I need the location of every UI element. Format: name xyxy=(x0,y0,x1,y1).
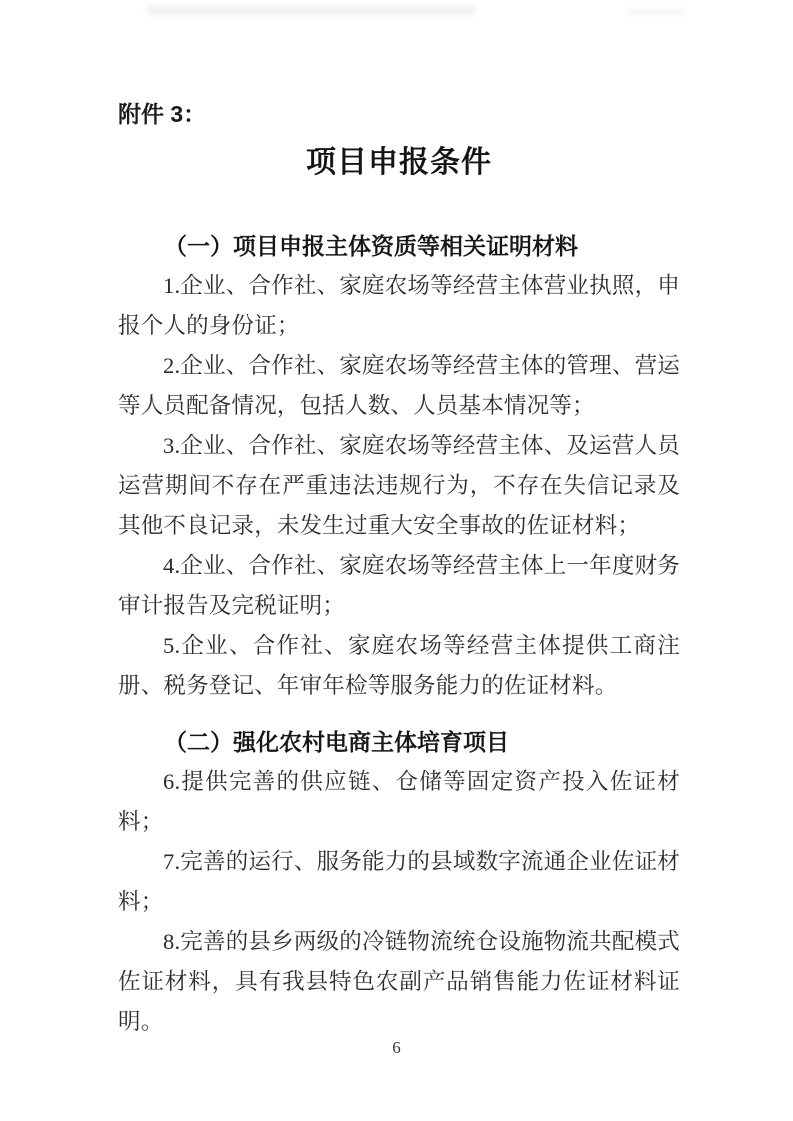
document-page: 附件 3： 项目申报条件 （一）项目申报主体资质等相关证明材料 1.企业、合作社… xyxy=(0,0,793,1121)
document-content: 附件 3： 项目申报条件 （一）项目申报主体资质等相关证明材料 1.企业、合作社… xyxy=(118,0,680,1042)
attachment-label: 附件 3： xyxy=(118,0,680,130)
page-number: 6 xyxy=(0,1038,793,1058)
section-1-heading: （一）项目申报主体资质等相关证明材料 xyxy=(118,226,680,266)
section-2-item-6: 6.提供完善的供应链、仓储等固定资产投入佐证材料； xyxy=(118,762,680,842)
section-1-item-1: 1.企业、合作社、家庭农场等经营主体营业执照，申报个人的身份证； xyxy=(118,266,680,346)
section-2-item-7: 7.完善的运行、服务能力的县域数字流通企业佐证材料； xyxy=(118,842,680,922)
section-1-item-4: 4.企业、合作社、家庭农场等经营主体上一年度财务审计报告及完税证明； xyxy=(118,546,680,626)
section-1-item-3: 3.企业、合作社、家庭农场等经营主体、及运营人员运营期间不存在严重违法违规行为，… xyxy=(118,426,680,546)
section-1-item-5: 5.企业、合作社、家庭农场等经营主体提供工商注册、税务登记、年审年检等服务能力的… xyxy=(118,626,680,706)
section-1-item-2: 2.企业、合作社、家庭农场等经营主体的管理、营运等人员配备情况，包括人数、人员基… xyxy=(118,346,680,426)
section-2-heading: （二）强化农村电商主体培育项目 xyxy=(118,722,680,762)
section-2-item-8: 8.完善的县乡两级的冷链物流统仓设施物流共配模式佐证材料，具有我县特色农副产品销… xyxy=(118,922,680,1042)
page-title: 项目申报条件 xyxy=(118,142,680,184)
